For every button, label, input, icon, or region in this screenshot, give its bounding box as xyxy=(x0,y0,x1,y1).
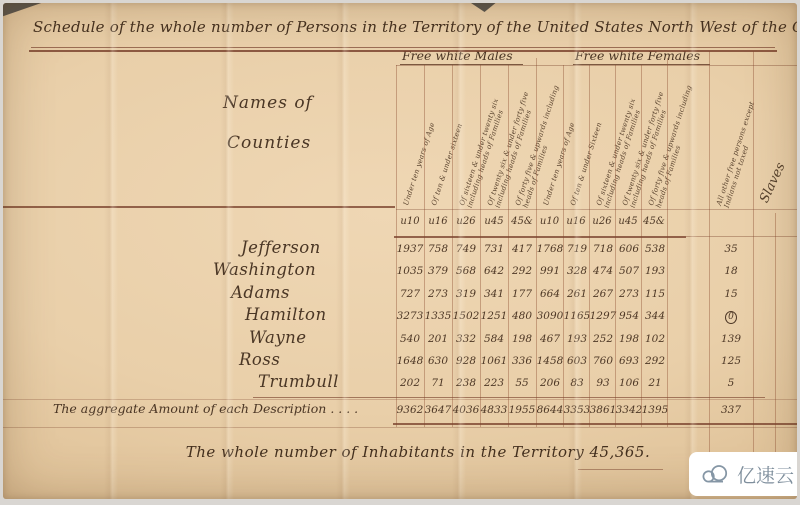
cell-value: 341 xyxy=(479,288,509,300)
names-of-label: Names of xyxy=(223,93,313,113)
cell-value: 1035 xyxy=(395,265,425,277)
fold-crease xyxy=(452,3,466,499)
cell-value: 177 xyxy=(507,288,537,300)
cell-value: 1458 xyxy=(535,355,565,367)
cell-value: 379 xyxy=(423,265,453,277)
cell-value: 198 xyxy=(507,333,537,345)
aggregate-value: 4833 xyxy=(479,404,509,416)
grid-vline xyxy=(424,65,425,427)
cell-value: 5 xyxy=(709,377,753,389)
aggregate-value: 337 xyxy=(709,404,753,416)
aggregate-value: 1395 xyxy=(640,404,670,416)
county-name: Ross xyxy=(239,350,280,369)
scan-corner-shadow xyxy=(3,3,47,17)
rule-line xyxy=(29,50,777,52)
rule-line xyxy=(686,236,797,237)
cell-value: 344 xyxy=(640,310,670,322)
aggregate-value: 1955 xyxy=(507,404,537,416)
scanned-document: Schedule of the whole number of Persons … xyxy=(0,0,800,505)
cell-value: 417 xyxy=(507,243,537,255)
slaves-column-header: Slaves xyxy=(757,126,797,205)
cell-value: 1768 xyxy=(535,243,565,255)
cell-value: 35 xyxy=(709,243,753,255)
cell-value: 1937 xyxy=(395,243,425,255)
county-name: Adams xyxy=(231,283,290,302)
fold-crease xyxy=(568,3,582,499)
rule-line xyxy=(394,236,686,238)
cell-value: 206 xyxy=(535,377,565,389)
cell-value: 727 xyxy=(395,288,425,300)
circled-zero: 0 xyxy=(725,311,737,324)
cell-value: 467 xyxy=(535,333,565,345)
cell-value: 201 xyxy=(423,333,453,345)
grid-vline xyxy=(667,58,668,427)
cell-value: 630 xyxy=(423,355,453,367)
cell-value: 193 xyxy=(640,265,670,277)
cell-value: 102 xyxy=(640,333,670,345)
cell-value: 642 xyxy=(479,265,509,277)
cell-value: 584 xyxy=(479,333,509,345)
rule-line xyxy=(3,399,797,400)
rule-line xyxy=(3,427,797,428)
grid-vline xyxy=(589,65,590,427)
county-name: Trumbull xyxy=(258,372,339,391)
code-label: u10 xyxy=(536,216,563,227)
cloud-logo-icon xyxy=(699,463,731,485)
rotated-column-header: All other free persons except Indians no… xyxy=(715,92,767,209)
fold-crease xyxy=(684,3,698,499)
cell-value: 1251 xyxy=(479,310,509,322)
aggregate-value: 3647 xyxy=(423,404,453,416)
cell-value: 540 xyxy=(395,333,425,345)
cell-value: 731 xyxy=(479,243,509,255)
cell-value: 139 xyxy=(709,333,753,345)
cell-value: 3090 xyxy=(535,310,565,322)
aggregate-value: 9362 xyxy=(395,404,425,416)
rule-line xyxy=(578,469,663,470)
cell-value: 480 xyxy=(507,310,537,322)
cell-value: 991 xyxy=(535,265,565,277)
cell-value: 71 xyxy=(423,377,453,389)
cell-value: 223 xyxy=(479,377,509,389)
paper-edge-notch xyxy=(468,3,498,12)
grid-vline xyxy=(775,213,776,468)
fold-crease xyxy=(336,3,350,499)
cell-value: 18 xyxy=(709,265,753,277)
cell-value: 3273 xyxy=(395,310,425,322)
code-label: u45 xyxy=(480,216,508,227)
code-label: u45 xyxy=(615,216,641,227)
cell-value: 1335 xyxy=(423,310,453,322)
cell-value: 115 xyxy=(640,288,670,300)
grid-vline xyxy=(480,65,481,427)
grid-vline xyxy=(508,65,509,427)
code-label: 45& xyxy=(508,216,536,227)
cell-value: 1061 xyxy=(479,355,509,367)
county-name: Wayne xyxy=(249,328,307,347)
cell-value: 1648 xyxy=(395,355,425,367)
code-label: u16 xyxy=(424,216,452,227)
code-label: u26 xyxy=(589,216,615,227)
total-inhabitants-line: The whole number of Inhabitants in the T… xyxy=(63,443,773,461)
rule-line xyxy=(31,47,775,48)
cell-value: 21 xyxy=(640,377,670,389)
cell-value: 125 xyxy=(709,355,753,367)
cell-value: 538 xyxy=(640,243,670,255)
cell-value: 15 xyxy=(709,288,753,300)
cell-value: 55 xyxy=(507,377,537,389)
cell-value: 202 xyxy=(395,377,425,389)
watermark-badge: 亿速云 xyxy=(689,452,797,496)
cell-value: 292 xyxy=(507,265,537,277)
counties-label: Counties xyxy=(227,133,311,153)
grid-vline xyxy=(536,58,537,427)
grid-vline xyxy=(396,65,397,427)
fold-crease xyxy=(220,3,234,499)
code-label: u10 xyxy=(396,216,424,227)
aggregate-label: The aggregate Amount of each Description… xyxy=(53,401,358,416)
grid-vline xyxy=(709,51,710,470)
document-title: Schedule of the whole number of Persons … xyxy=(33,18,781,36)
fold-crease xyxy=(104,3,118,499)
cell-value: 336 xyxy=(507,355,537,367)
cell-value: 292 xyxy=(640,355,670,367)
county-name: Jefferson xyxy=(241,238,321,257)
grid-vline xyxy=(753,51,754,470)
census-paper: Schedule of the whole number of Persons … xyxy=(3,3,797,499)
code-label: 45& xyxy=(641,216,667,227)
cell-value: 758 xyxy=(423,243,453,255)
cell-value: 0 xyxy=(709,310,753,324)
grid-vline xyxy=(615,65,616,427)
watermark-text: 亿速云 xyxy=(737,461,794,488)
cell-value: 664 xyxy=(535,288,565,300)
cell-value: 273 xyxy=(423,288,453,300)
grid-vline xyxy=(641,65,642,427)
county-name: Hamilton xyxy=(245,305,327,324)
aggregate-value: 8644 xyxy=(535,404,565,416)
grid-vline xyxy=(563,65,564,427)
